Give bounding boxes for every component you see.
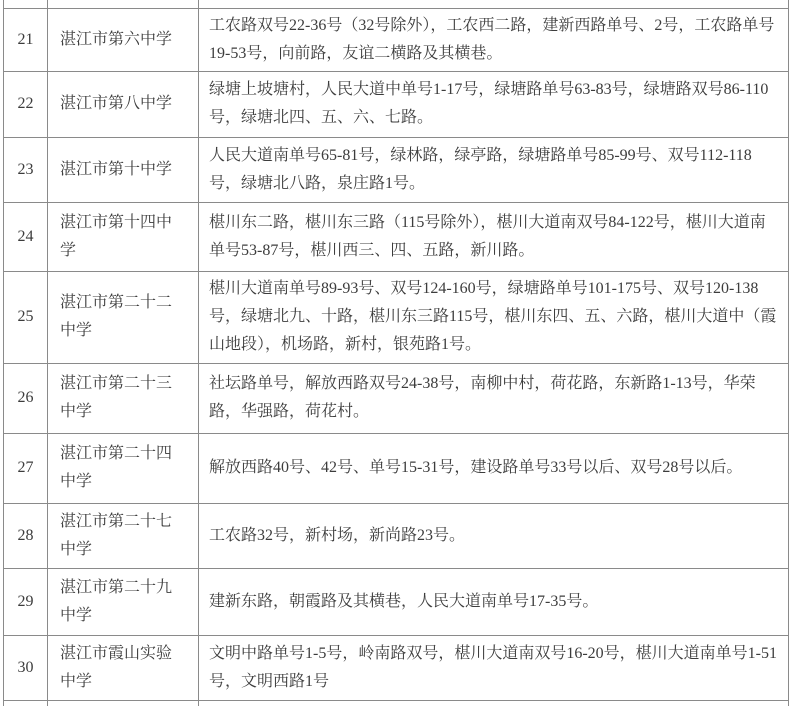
school-name-cell: 湛江市第二十二中学 bbox=[48, 271, 199, 363]
table-row: 23湛江市第十中学人民大道南单号65-81号，绿林路，绿亭路，绿塘路单号85-9… bbox=[4, 137, 789, 202]
partial-row-bottom bbox=[4, 700, 789, 706]
school-name-cell: 湛江市第二十九中学 bbox=[48, 568, 199, 635]
row-number-cell bbox=[4, 0, 48, 8]
row-number-cell: 27 bbox=[4, 433, 48, 503]
table-row: 26湛江市第二十三中学社坛路单号，解放西路双号24-38号，南柳中村，荷花路，东… bbox=[4, 363, 789, 433]
school-name-cell: 湛江市第十四中学 bbox=[48, 202, 199, 271]
row-number-cell: 29 bbox=[4, 568, 48, 635]
district-cell: 解放西路40号、42号、单号15-31号，建设路单号33号以后、双号28号以后。 bbox=[199, 433, 789, 503]
district-cell: 椹川大道南单号89-93号、双号124-160号，绿塘路单号101-175号、双… bbox=[199, 271, 789, 363]
table-row: 21湛江市第六中学工农路双号22-36号（32号除外），工农西二路，建新西路单号… bbox=[4, 8, 789, 71]
table-row: 29湛江市第二十九中学建新东路，朝霞路及其横巷，人民大道南单号17-35号。 bbox=[4, 568, 789, 635]
school-name-cell bbox=[48, 700, 199, 706]
table-row: 24湛江市第十四中学椹川东二路，椹川东三路（115号除外），椹川大道南双号84-… bbox=[4, 202, 789, 271]
district-cell: 文明中路单号1-5号，岭南路双号，椹川大道南双号16-20号，椹川大道南单号1-… bbox=[199, 635, 789, 700]
school-name-cell: 湛江市第八中学 bbox=[48, 71, 199, 137]
row-number-cell bbox=[4, 700, 48, 706]
district-cell bbox=[199, 0, 789, 8]
table-row: 25湛江市第二十二中学椹川大道南单号89-93号、双号124-160号，绿塘路单… bbox=[4, 271, 789, 363]
table-row: 28湛江市第二十七中学工农路32号，新村场，新尚路23号。 bbox=[4, 503, 789, 568]
row-number-cell: 30 bbox=[4, 635, 48, 700]
district-cell: 人民大道南单号65-81号，绿林路，绿亭路，绿塘路单号85-99号、双号112-… bbox=[199, 137, 789, 202]
school-name-cell: 湛江市第十中学 bbox=[48, 137, 199, 202]
school-name-cell: 湛江市第二十三中学 bbox=[48, 363, 199, 433]
row-number-cell: 23 bbox=[4, 137, 48, 202]
row-number-cell: 28 bbox=[4, 503, 48, 568]
district-cell bbox=[199, 700, 789, 706]
district-cell: 工农路双号22-36号（32号除外），工农西二路，建新西路单号、2号，工农路单号… bbox=[199, 8, 789, 71]
table-viewport: 21湛江市第六中学工农路双号22-36号（32号除外），工农西二路，建新西路单号… bbox=[0, 0, 795, 706]
district-cell: 工农路32号，新村场，新尚路23号。 bbox=[199, 503, 789, 568]
school-district-table: 21湛江市第六中学工农路双号22-36号（32号除外），工农西二路，建新西路单号… bbox=[3, 0, 789, 706]
district-cell: 社坛路单号，解放西路双号24-38号，南柳中村，荷花路，东新路1-13号，华荣路… bbox=[199, 363, 789, 433]
school-name-cell: 湛江市霞山实验中学 bbox=[48, 635, 199, 700]
district-cell: 建新东路，朝霞路及其横巷，人民大道南单号17-35号。 bbox=[199, 568, 789, 635]
district-cell: 椹川东二路，椹川东三路（115号除外），椹川大道南双号84-122号，椹川大道南… bbox=[199, 202, 789, 271]
row-number-cell: 26 bbox=[4, 363, 48, 433]
table-row: 22湛江市第八中学绿塘上坡塘村，人民大道中单号1-17号，绿塘路单号63-83号… bbox=[4, 71, 789, 137]
school-name-cell: 湛江市第二十四中学 bbox=[48, 433, 199, 503]
district-cell: 绿塘上坡塘村，人民大道中单号1-17号，绿塘路单号63-83号，绿塘路双号86-… bbox=[199, 71, 789, 137]
partial-row-top bbox=[4, 0, 789, 8]
row-number-cell: 25 bbox=[4, 271, 48, 363]
school-name-cell: 湛江市第二十七中学 bbox=[48, 503, 199, 568]
row-number-cell: 24 bbox=[4, 202, 48, 271]
row-number-cell: 21 bbox=[4, 8, 48, 71]
row-number-cell: 22 bbox=[4, 71, 48, 137]
table-body: 21湛江市第六中学工农路双号22-36号（32号除外），工农西二路，建新西路单号… bbox=[4, 0, 789, 706]
school-name-cell bbox=[48, 0, 199, 8]
school-name-cell: 湛江市第六中学 bbox=[48, 8, 199, 71]
table-row: 30湛江市霞山实验中学文明中路单号1-5号，岭南路双号，椹川大道南双号16-20… bbox=[4, 635, 789, 700]
table-row: 27湛江市第二十四中学解放西路40号、42号、单号15-31号，建设路单号33号… bbox=[4, 433, 789, 503]
